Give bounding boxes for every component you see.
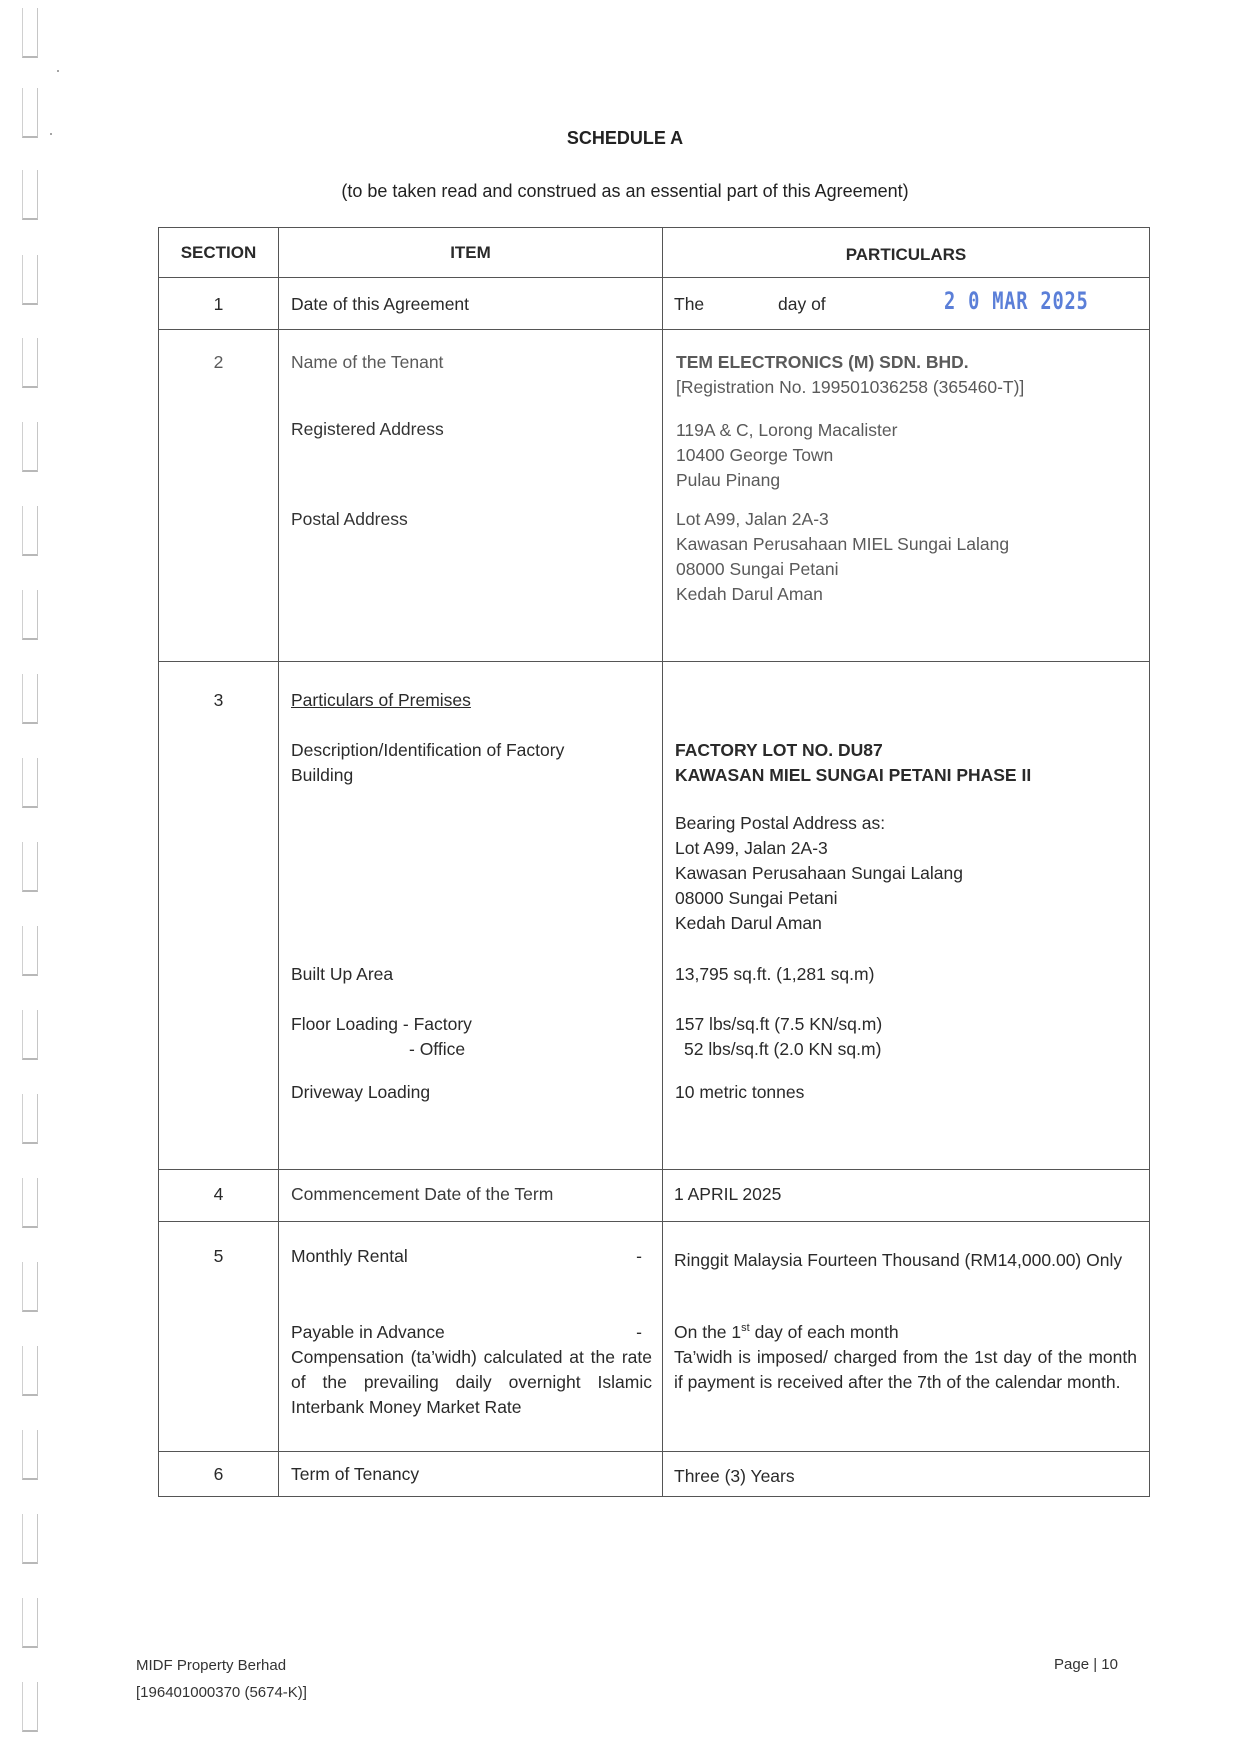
table-row-1: 1 Date of this Agreement The day of 2 0 … [158, 277, 1150, 329]
section-number: 2 [159, 330, 279, 661]
date-day-of-label: day of [778, 292, 826, 317]
binding-mark [22, 674, 38, 724]
schedule-title: SCHEDULE A [0, 128, 1240, 149]
binding-mark [22, 1178, 38, 1228]
payable-label-row: Payable in Advance - [291, 1320, 652, 1345]
floor-loading-office-value: 52 lbs/sq.ft (2.0 KN sq.m) [675, 1037, 1137, 1062]
address-line: Kedah Darul Aman [676, 582, 1137, 607]
floor-loading-label: Floor Loading - Factory - Office [291, 1012, 652, 1080]
footer-company-name: MIDF Property Berhad [136, 1652, 307, 1679]
item-column: Monthly Rental - Payable in Advance - Co… [279, 1222, 663, 1451]
monthly-rental-label-row: Monthly Rental - [291, 1244, 652, 1320]
payable-value-text: On the 1 [674, 1322, 741, 1342]
binding-mark [22, 1682, 38, 1732]
address-line: Lot A99, Jalan 2A-3 [676, 507, 1137, 532]
binding-mark [22, 1010, 38, 1060]
table-row-4: 4 Commencement Date of the Term 1 APRIL … [158, 1169, 1150, 1221]
section-number: 6 [159, 1452, 279, 1496]
bearing-line: Bearing Postal Address as: [675, 811, 1137, 836]
payable-value-text: day of each month [750, 1322, 899, 1342]
floor-loading-values: 157 lbs/sq.ft (7.5 KN/sq.m) 52 lbs/sq.ft… [675, 1012, 1137, 1080]
registered-address-block: 119A & C, Lorong Macalister 10400 George… [676, 418, 1137, 507]
bearing-postal-address: Bearing Postal Address as: Lot A99, Jala… [675, 811, 1137, 962]
factory-description: FACTORY LOT NO. DU87 KAWASAN MIEL SUNGAI… [675, 738, 1137, 811]
tenant-registration: [Registration No. 199501036258 (365460-T… [676, 375, 1137, 400]
tawidh-value: Ta’widh is imposed/ charged from the 1st… [674, 1345, 1137, 1395]
commencement-date: 1 APRIL 2025 [663, 1170, 1149, 1221]
binding-hole-marks [0, 0, 60, 1753]
table-row-6: 6 Term of Tenancy Three (3) Years [158, 1451, 1150, 1497]
footer-company: MIDF Property Berhad [196401000370 (5674… [136, 1652, 307, 1706]
payable-label: Payable in Advance [291, 1322, 445, 1342]
floor-loading-factory-label: Floor Loading - Factory [291, 1012, 652, 1037]
description-label-line: Description/Identification of Factory [291, 738, 652, 763]
item-label: Term of Tenancy [279, 1452, 663, 1496]
address-line: 08000 Sungai Petani [676, 557, 1137, 582]
binding-mark [22, 590, 38, 640]
built-up-label: Built Up Area [291, 962, 652, 1012]
item-column: Particulars of Premises Description/Iden… [279, 662, 663, 1169]
date-stamp: 2 0 MAR 2025 [944, 289, 1089, 314]
particulars-column: Ringgit Malaysia Fourteen Thousand (RM14… [663, 1222, 1149, 1451]
binding-mark [22, 338, 38, 388]
address-line: Pulau Pinang [676, 468, 1137, 493]
tenant-name: TEM ELECTRONICS (M) SDN. BHD. [676, 350, 1137, 375]
table-row-2: 2 Name of the Tenant Registered Address … [158, 329, 1150, 661]
bearing-line: Lot A99, Jalan 2A-3 [675, 836, 1137, 861]
binding-mark [22, 1346, 38, 1396]
ordinal-suffix: st [741, 1322, 750, 1334]
item-label-tenant-name: Name of the Tenant [291, 350, 652, 417]
item-label-postal-address: Postal Address [291, 507, 652, 532]
payable-value: On the 1st day of each month [674, 1320, 1137, 1345]
table-row-3: 3 Particulars of Premises Description/Id… [158, 661, 1150, 1169]
address-line: 119A & C, Lorong Macalister [676, 418, 1137, 443]
header-section: SECTION [159, 228, 279, 277]
postal-address-block: Lot A99, Jalan 2A-3 Kawasan Perusahaan M… [676, 507, 1137, 607]
driveway-label: Driveway Loading [291, 1080, 652, 1105]
schedule-table: SECTION ITEM PARTICULARS 1 Date of this … [158, 227, 1150, 1497]
floor-loading-office-label: - Office [291, 1037, 652, 1062]
binding-mark [22, 1262, 38, 1312]
bearing-line: 08000 Sungai Petani [675, 886, 1137, 911]
header-item: ITEM [279, 228, 663, 277]
section-number: 4 [159, 1170, 279, 1221]
particulars-column: TEM ELECTRONICS (M) SDN. BHD. [Registrat… [663, 330, 1149, 661]
binding-mark [22, 8, 38, 58]
binding-mark [22, 422, 38, 472]
table-row-5: 5 Monthly Rental - Payable in Advance - … [158, 1221, 1150, 1451]
section-number: 3 [159, 662, 279, 1169]
section-number: 5 [159, 1222, 279, 1451]
compensation-label: Compensation (ta’widh) calculated at the… [291, 1345, 652, 1420]
bearing-line: Kedah Darul Aman [675, 911, 1137, 936]
address-line: Kawasan Perusahaan MIEL Sungai Lalang [676, 532, 1137, 557]
built-up-value: 13,795 sq.ft. (1,281 sq.m) [675, 962, 1137, 1012]
tenant-name-block: TEM ELECTRONICS (M) SDN. BHD. [Registrat… [676, 350, 1137, 418]
table-header-row: SECTION ITEM PARTICULARS [158, 227, 1150, 277]
binding-mark [22, 758, 38, 808]
binding-mark [22, 1598, 38, 1648]
footer-company-registration: [196401000370 (5674-K)] [136, 1679, 307, 1706]
address-line: 10400 George Town [676, 443, 1137, 468]
item-label: Date of this Agreement [279, 278, 663, 329]
section-number: 1 [159, 278, 279, 329]
separator-dash: - [636, 1244, 642, 1269]
binding-mark [22, 926, 38, 976]
bearing-line: Kawasan Perusahaan Sungai Lalang [675, 861, 1137, 886]
factory-area: KAWASAN MIEL SUNGAI PETANI PHASE II [675, 763, 1137, 788]
factory-lot: FACTORY LOT NO. DU87 [675, 738, 1137, 763]
term-of-tenancy: Three (3) Years [663, 1452, 1149, 1496]
monthly-rental-label: Monthly Rental [291, 1246, 408, 1266]
date-the-label: The [674, 294, 704, 314]
binding-mark [22, 506, 38, 556]
driveway-value: 10 metric tonnes [675, 1080, 1137, 1105]
item-label-registered-address: Registered Address [291, 417, 652, 507]
item-label: Commencement Date of the Term [279, 1170, 663, 1221]
premises-heading: Particulars of Premises [291, 688, 652, 738]
binding-mark [22, 255, 38, 305]
floor-loading-factory-value: 157 lbs/sq.ft (7.5 KN/sq.m) [675, 1012, 1137, 1037]
item-column: Name of the Tenant Registered Address Po… [279, 330, 663, 661]
monthly-rental-value: Ringgit Malaysia Fourteen Thousand (RM14… [674, 1248, 1137, 1320]
binding-mark [22, 1514, 38, 1564]
particulars-column: FACTORY LOT NO. DU87 KAWASAN MIEL SUNGAI… [663, 662, 1149, 1169]
binding-mark [22, 1094, 38, 1144]
agreement-date: The day of 2 0 MAR 2025 [663, 278, 1149, 329]
binding-mark [22, 842, 38, 892]
binding-mark [22, 1430, 38, 1480]
separator-dash: - [636, 1320, 642, 1345]
description-label: Description/Identification of Factory Bu… [291, 738, 652, 962]
page-number: Page | 10 [1054, 1656, 1118, 1673]
scan-speck [57, 70, 59, 72]
description-label-line: Building [291, 763, 652, 788]
schedule-subtitle: (to be taken read and construed as an es… [0, 181, 1240, 202]
header-particulars: PARTICULARS [663, 228, 1149, 277]
